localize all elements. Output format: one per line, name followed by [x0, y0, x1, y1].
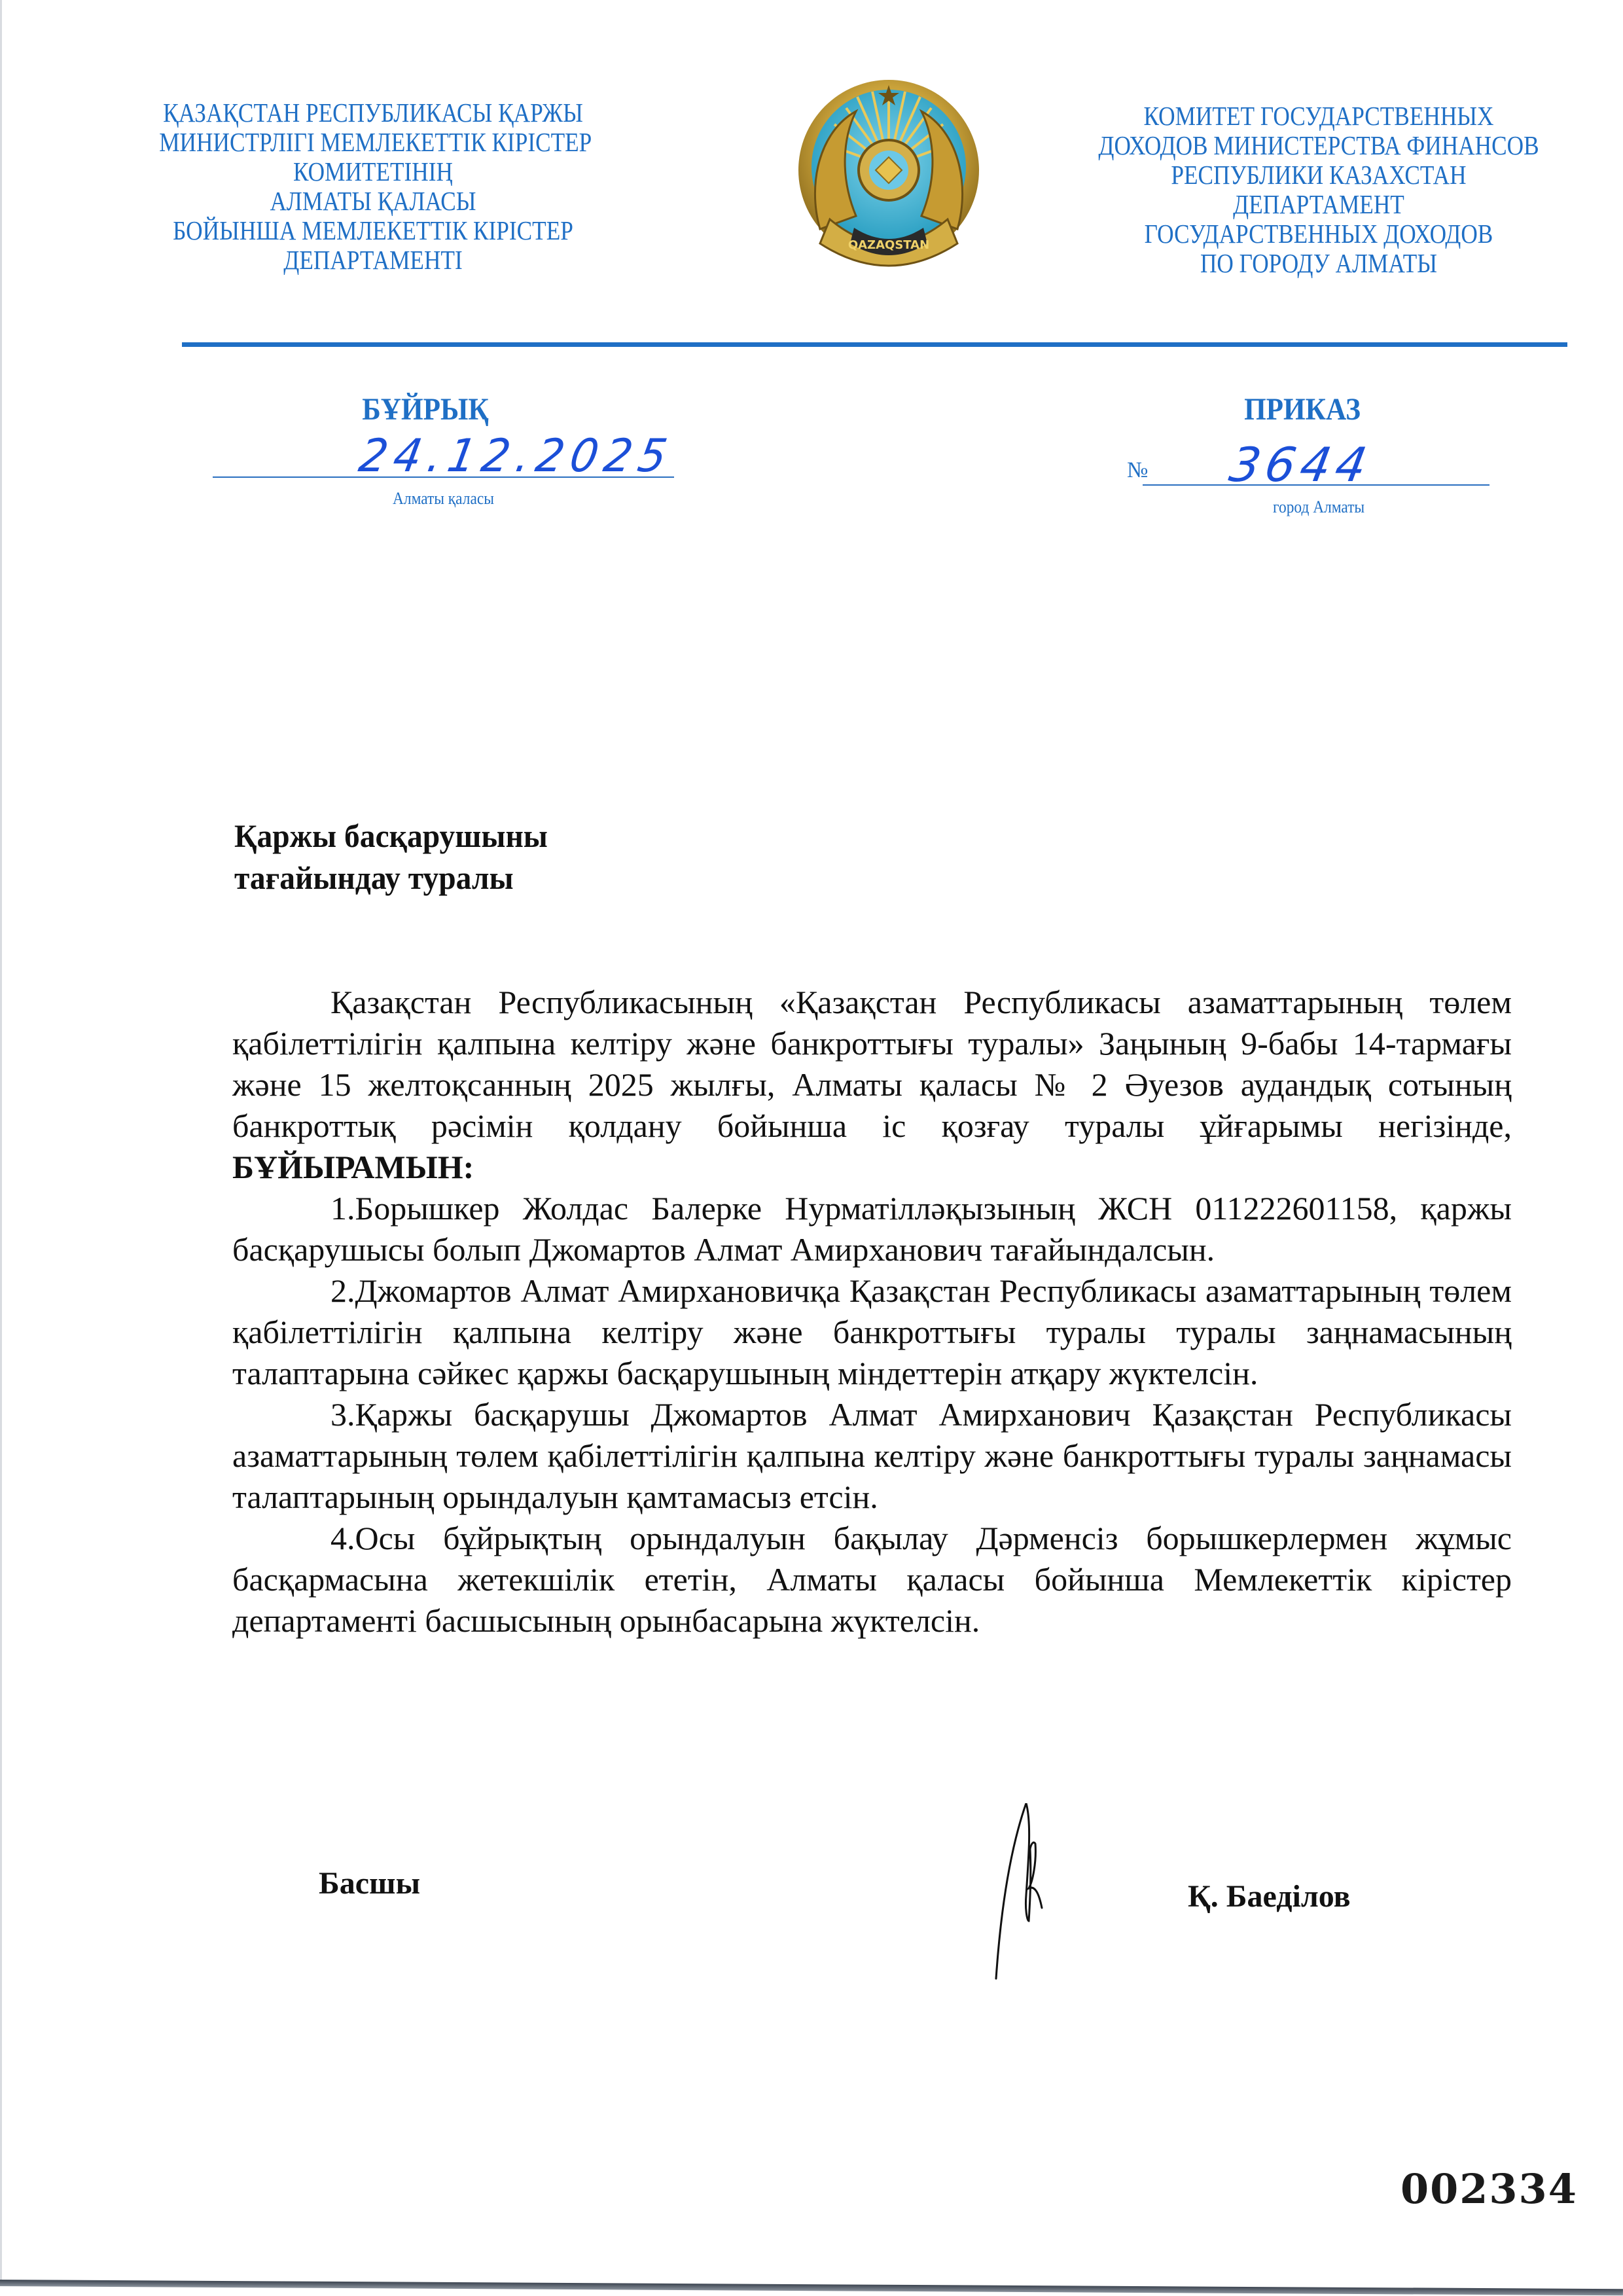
handwritten-signature-icon: [995, 1803, 1099, 1980]
header-kz-line: БОЙЫНША МЕМЛЕКЕТТІК КІРІСТЕР: [159, 216, 587, 245]
decree-word: БҰЙЫРАМЫН:: [232, 1149, 474, 1185]
header-kazakh: ҚАЗАҚСТАН РЕСПУБЛИКАСЫ ҚАРЖЫ МИНИСТРЛІГІ…: [159, 98, 587, 275]
order-body: Қазақстан Республикасының «Қазақстан Рес…: [232, 982, 1512, 1641]
header-kz-line: ҚАЗАҚСТАН РЕСПУБЛИКАСЫ ҚАРЖЫ: [159, 98, 587, 128]
header-kz-line: АЛМАТЫ ҚАЛАСЫ: [159, 187, 587, 216]
city-russian: город Алматы: [1273, 497, 1364, 517]
subject-line: Қаржы басқарушыны: [234, 815, 548, 857]
header-russian: КОМИТЕТ ГОСУДАРСТВЕННЫХ ДОХОДОВ МИНИСТЕР…: [1048, 101, 1589, 278]
order-title-russian: ПРИКАЗ: [1214, 391, 1391, 427]
signatory-name: Қ. Баеділов: [1188, 1878, 1350, 1914]
preamble-text: Қазақстан Республикасының «Қазақстан Рес…: [232, 984, 1512, 1144]
header-ru-line: КОМИТЕТ ГОСУДАРСТВЕННЫХ: [1048, 101, 1589, 131]
number-field-line: [1143, 484, 1489, 486]
header-ru-line: ДЕПАРТАМЕНТ: [1048, 190, 1589, 219]
page-left-edge: [0, 0, 2, 2284]
order-item: 1.Борышкер Жолдас Балерке Нурматілләқызы…: [232, 1188, 1512, 1270]
order-item: 2.Джомартов Алмат Амирхановичқа Қазақста…: [232, 1270, 1512, 1394]
document-page: ҚАЗАҚСТАН РЕСПУБЛИКАСЫ ҚАРЖЫ МИНИСТРЛІГІ…: [0, 0, 1623, 2284]
city-kazakh: Алматы қаласы: [393, 489, 494, 509]
header-ru-line: ДОХОДОВ МИНИСТЕРСТВА ФИНАНСОВ: [1048, 131, 1589, 160]
header-ru-line: РЕСПУБЛИКИ КАЗАХСТАН: [1048, 160, 1589, 190]
signatory-role: Басшы: [319, 1865, 420, 1901]
order-subject: Қаржы басқарушыны тағайындау туралы: [234, 815, 564, 899]
number-sign: №: [1127, 458, 1148, 483]
preamble-paragraph: Қазақстан Республикасының «Қазақстан Рес…: [232, 982, 1512, 1188]
header-kz-line: КОМИТЕТІНІҢ: [159, 157, 587, 187]
form-serial-number: 002334: [1400, 2165, 1578, 2213]
header-kz-line: ДЕПАРТАМЕНТІ: [159, 245, 587, 275]
order-item: 4.Осы бұйрықтың орындалуын бақылау Дәрме…: [232, 1518, 1512, 1641]
order-date-handwritten: 24.12.2025: [355, 429, 677, 482]
emblem-label: QAZAQSTAN: [848, 238, 929, 252]
header-kz-line: МИНИСТРЛІГІ МЕМЛЕКЕТТІК КІРІСТЕР: [159, 128, 587, 157]
header-divider: [182, 342, 1567, 347]
order-title-kazakh: БҰЙРЫҚ: [337, 391, 514, 427]
header-ru-line: ПО ГОРОДУ АЛМАТЫ: [1048, 249, 1589, 278]
subject-line: тағайындау туралы: [234, 857, 548, 899]
header-ru-line: ГОСУДАРСТВЕННЫХ ДОХОДОВ: [1048, 219, 1589, 249]
date-field-line: [213, 476, 674, 478]
state-emblem-icon: QAZAQSTAN: [794, 72, 984, 281]
order-item: 3.Қаржы басқарушы Джомартов Алмат Амирха…: [232, 1394, 1512, 1518]
